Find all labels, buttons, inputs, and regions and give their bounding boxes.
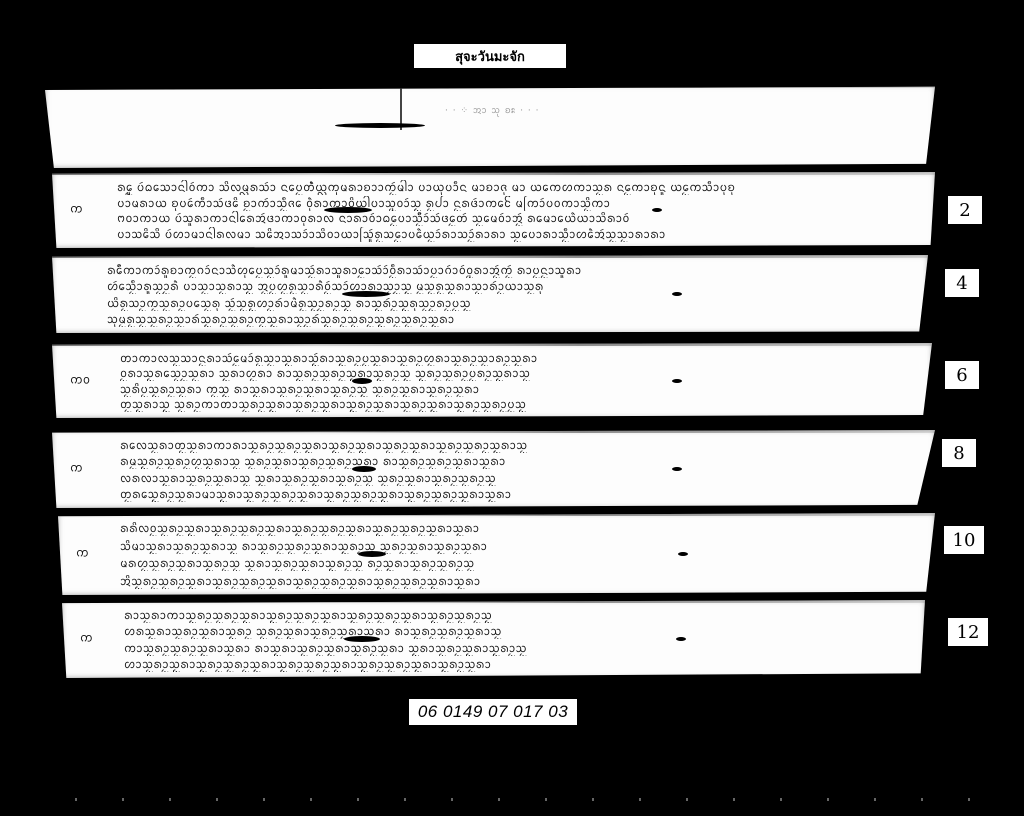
string-hole-right xyxy=(652,208,662,212)
string-hole-right xyxy=(676,637,686,641)
leaf-margin-mark: ᨠ xyxy=(76,545,89,564)
script-line: ᩁᩮᩥᩢᨠᩣᨠᩣᩢᩁᩪᨧᩣᨠᩬᨣᩣᩢᨶᩣᩈᩫᩉᩩᩮᨷᩬᩈᩬᩣᩢᩁᩪᨾᩣᩈᩢᩬᩁᩣ… xyxy=(107,263,918,278)
script-line: ᩁᩣᩈᩬᩁᩣᨠᩣᩈᩬᩬᩁᩣᩬᩈᩬᩁᩣᩬᩈᩬᩬᩁᩣᩈᩬᩬᩁᩣᩬᩈᩬᩁᩣᩬᩈᩬᩬᩁᩣ… xyxy=(124,608,915,623)
string-hole-right xyxy=(678,552,688,556)
script-line: ᩈᩬᩁᩦᨷᩬᩈᩬᩬᩁᩣᩬᩈᩬᩁᩣ ᨠᩬᩈᩬᩬ ᩁᩣᩈᩬᩬᩁᩣᩈᩬᩁᩣᩬᩈᩬᩬᩁᩣ… xyxy=(120,382,922,397)
leaf-text-block: ᨲᩣᨠᩣᩃᩈᩬᩈᩣᨶᩬᩁᩣᩈᩢᩮᩬᨾᩣᩢᩁᩬᩈᩬᩣᩈᩬᩬᩁᩣᩈᩬᩢᩬᩁᩣᩈᩬᩬᩁ… xyxy=(120,351,922,412)
palm-leaf-cover: · · ⁘ ᩋᩣ ᩈᩩ ᨧᩡ · · · xyxy=(45,85,935,168)
page-number-label: 2 xyxy=(948,196,982,224)
script-line: ᩉᩢᩮᩈᩥᩬᩣᩁᩪᩈᩬᩣᩬᩁᩫ ᨷᩣᩈᩬᩣᩈᩬᩁᩣᩈᩬᩬ ᩋᩬᨷᩬᩉᩬᩁᩬᩈᩬᩣ… xyxy=(107,279,918,294)
string-hole-left xyxy=(342,291,390,297)
script-line: ᩁᨾᩬᩈᩬᩬᩁᩣᩬᩈᩬᩁᩣᩬᩉᩬᩈᩬᩬᩁᩣᩈᩬ ᩈᩬᩁᩣᩬᩈᩬᩬᩁᩣᩈᩬᩬᩁᩣᩬ… xyxy=(120,454,919,469)
palm-leaf-page-10: ᨠ ᩁᩁᩦᩃᩅᩬᩈᩬᩁᩣᩬᩈᩬᩬᩁᩣᩈᩬᩬᩁᩣᩬᩈᩬᩁᩣᩬᩈᩬᩬᩁᩣᩈᩬᩬᩁᩣᩬ… xyxy=(58,513,935,595)
page-number-label: 12 xyxy=(948,618,988,646)
leaf-margin-mark: ᨠ xyxy=(70,460,83,479)
page-number-label: 6 xyxy=(945,361,979,389)
script-line: ᩉᩣᩈᩬᩁᩣᩬᩈᩬᩬᩁᩣᩈᩬᩬᩁᩣᩬᩈᩬᩁᩣᩬᩈᩬᩬᩁᩣᩈᩬᩬᩁᩣᩬᩈᩬᩁᩣᩬᩈ… xyxy=(124,657,915,672)
string-hole-left xyxy=(344,636,380,642)
page-number-label: 8 xyxy=(942,439,976,467)
script-line: ᨾᩁᩉᩬᩈᩬᩁᩣᩬᩈᩬᩬᩁᩣᩈᩬᩬᩁᩣᩬᩈᩬ ᩈᩬᩬᩁᩣᩈᩬᩁᩣᩬᩈᩬᩬᩁᩣᩈᩬ… xyxy=(120,556,921,571)
palm-leaf-page-8: ᨠ ᩁᩮᩃᩈᩬᩁᩣᨲᩬᩈᩬᩁᩣᨠᩣᩁᩣᩈᩬᩬᩁᩣᩬᩈᩬᩁᩣᩬᩈᩬᩬᩁᩣᩈᩬᩬᩁᩣ… xyxy=(52,430,935,508)
string-hole-left xyxy=(324,207,372,213)
page-number-label: 4 xyxy=(945,269,979,297)
string-hole-right xyxy=(672,292,682,296)
leaf-blemish xyxy=(335,123,425,128)
string-hole-left xyxy=(358,551,386,557)
manuscript-title-label: สุจะวันมะจัก xyxy=(414,44,566,68)
palm-leaf-page-6: ᨠᩅ ᨲᩣᨠᩣᩃᩈᩬᩈᩣᨶᩬᩁᩣᩈᩢᩮᩬᨾᩣᩢᩁᩬᩈᩬᩣᩈᩬᩬᩁᩣᩈᩬᩢᩬᩁᩣᩈ… xyxy=(52,343,932,418)
script-line: ᩉᩁᩈᩬᩬᩁᩣᩈᩬᩁᩣᩬᩈᩬᩬᩁᩣᩈᩬᩬᩁᩣᩬ ᩈᩬᩁᩣᩬᩈᩬᩬᩁᩣᩈᩬᩬᩁᩣᩬ… xyxy=(124,624,915,639)
script-line: ᩈᩦᨾᩣᩈᩬᩬᩁᩣᩈᩬᩁᩣᩬᩈᩬᩬᩁᩣᩈᩬᩬ ᩁᩣᩈᩬᩬᩁᩣᩬᩈᩬᩁᩣᩬᩈᩬᩬᩁ… xyxy=(120,539,921,554)
string-hole-right xyxy=(672,379,682,383)
leaf-text-block: ᩁᩮᩃᩈᩬᩁᩣᨲᩬᩈᩬᩁᩣᨠᩣᩁᩣᩈᩬᩬᩁᩣᩬᩈᩬᩁᩣᩬᩈᩬᩬᩁᩣᩈᩬᩬᩁᩣᩬᩈ… xyxy=(120,438,919,502)
script-line: ᩁᩮᩃᩈᩬᩁᩣᨲᩬᩈᩬᩁᩣᨠᩣᩁᩣᩈᩬᩬᩁᩣᩬᩈᩬᩁᩣᩬᩈᩬᩬᩁᩣᩈᩬᩬᩁᩣᩬᩈ… xyxy=(120,438,919,453)
script-line: ᨷᩣᨾᩁᩣᨿ ᨧᩩᨷᩮᩢᨠᩥᩣᩈᩢᨴᩮᩦ ᨧᩬᩣᨠᩢᩣᩈᩥᩬᨩᩮ ᩅᩩᩫᩁᩣᨠᩣ… xyxy=(117,196,923,211)
string-hole-left xyxy=(352,466,376,472)
script-line: ᨲᩬᩁᩮᩈᩬᩬᩁᩣᩬᩈᩬᩁᩣᨾᩣᩈᩬᩬᩁᩣᩈᩬᩬᩁᩣᩬᩈᩬᩁᩣᩬᩈᩬᩬᩁᩣᩈᩬᩬ… xyxy=(120,487,919,502)
leaf-margin-mark: ᨠ xyxy=(80,630,93,649)
script-line: ᩋᩦᩈᩬᩬᩁᩣᩬᩈᩬᩁᩣᩬᩈᩬᩬᩁᩣᩈᩬᩬᩁᩣᩬᩈᩬᩁᩣᩬᩈᩬᩬᩁᩣᩈᩬᩬᩁᩣᩬ… xyxy=(120,574,921,589)
script-line: ᨲᩣᨠᩣᩃᩈᩬᩈᩣᨶᩬᩁᩣᩈᩢᩮᩬᨾᩣᩢᩁᩬᩈᩬᩣᩈᩬᩬᩁᩣᩈᩬᩢᩬᩁᩣᩈᩬᩬᩁ… xyxy=(120,351,922,366)
microfilm-code-label: 06 0149 07 017 03 xyxy=(409,699,577,725)
script-line: ᩃᩁᩃᩣᩈᩬᩬᩁᩣᩈᩬᩁᩣᩬᩈᩬᩬᩁᩣᩈᩬ ᩈᩬᩬᩁᩣᩈᩬᩁᩣᩬᩈᩬᩬᩁᩣᩈᩬᩬ… xyxy=(120,471,919,486)
palm-leaf-page-2: ᨠ ᩁᩮᩬᩪ ᨷᩢᨵᩮᩈᩣᨶᩤᩅᩢᨠᩣ ᩈᩦᩃᨾᩖᩁᩈᩢᩣ ᨶᩮᨷᩬᨲᩫᩴᨿᩖᨠ… xyxy=(52,172,935,248)
script-line: ᩁᩁᩦᩃᩅᩬᩈᩬᩁᩣᩬᩈᩬᩬᩁᩣᩈᩬᩬᩁᩣᩬᩈᩬᩁᩣᩬᩈᩬᩬᩁᩣᩈᩬᩬᩁᩣᩬᩈᩬ… xyxy=(120,521,921,536)
film-edge-marks xyxy=(30,798,994,801)
leaf-text-block: ᩁᩁᩦᩃᩅᩬᩈᩬᩁᩣᩬᩈᩬᩬᩁᩣᩈᩬᩬᩁᩣᩬᩈᩬᩁᩣᩬᩈᩬᩬᩁᩣᩈᩬᩬᩁᩣᩬᩈᩬ… xyxy=(120,521,921,589)
page-number-label: 10 xyxy=(944,526,984,554)
palm-leaf-page-12: ᨠ ᩁᩣᩈᩬᩁᩣᨠᩣᩈᩬᩬᩁᩣᩬᩈᩬᩁᩣᩬᩈᩬᩬᩁᩣᩈᩬᩬᩁᩣᩬᩈᩬᩁᩣᩬᩈᩬᩬ… xyxy=(62,600,925,678)
leaf-text-block: ᩁᩮᩬᩪ ᨷᩢᨵᩮᩈᩣᨶᩤᩅᩢᨠᩣ ᩈᩦᩃᨾᩖᩁᩈᩢᩣ ᨶᩮᨷᩬᨲᩫᩴᨿᩖᨠᩩᨾ… xyxy=(117,180,923,242)
faint-cover-text: · · ⁘ ᩋᩣ ᩈᩩ ᨧᩡ · · · xyxy=(445,103,645,133)
script-line: ᨷᩣᩈᩮᩦᩈᩦ ᨷᩢᩉᩣᨾᩣᨶᩤᩁᩃᨾᩣ ᩈᩮᩦᩋᩣᩈᩣᩢᩣᩈᩦᩅᩣᨿᩣᩕᩈᩪᩢ… xyxy=(117,227,923,242)
leaf-margin-mark: ᨠᩅ xyxy=(70,371,90,390)
palm-leaf-page-4: ᩁᩮᩥᩢᨠᩣᨠᩣᩢᩁᩪᨧᩣᨠᩬᨣᩣᩢᨶᩣᩈᩫᩉᩩᩮᨷᩬᩈᩬᩣᩢᩁᩪᨾᩣᩈᩢᩬᩁᩣ… xyxy=(52,255,928,333)
script-line: ᨲᩬᩈᩬᩬᩁᩣᩈᩬᩬ ᩈᩬᩁᩣᩬᨠᩣᨲᩣᩈᩬᩁᩣᩬᩈᩬᩬᩁᩣᩈᩬᩁᩣᩬᩈᩬᩬᩁᩣ… xyxy=(120,397,922,412)
script-line: ᩈᩩᨾᩬᩁᩬᩈᩬᩈᩬᩁᩣᩬᩈᩬᩣᩁᩢᩈᩬᩬᩁᩣᩬᩈᩬᩁᩣᩬᨠᩬᩈᩬᩬᩁᩣᩈᩬᩣᩬ… xyxy=(107,312,918,327)
script-line: ᨠᩣᩈᩬᩬᩁᩣᩬᩈᩬᩁᩣᩬᩈᩬᩬᩁᩣᩈᩬᩬᩁᩣ ᩁᩣᩈᩬᩬᩁᩣᩈᩬᩁᩣᩬᩈᩬᩬᩁ… xyxy=(124,641,915,656)
leaf-text-block: ᩁᩣᩈᩬᩁᩣᨠᩣᩈᩬᩬᩁᩣᩬᩈᩬᩁᩣᩬᩈᩬᩬᩁᩣᩈᩬᩬᩁᩣᩬᩈᩬᩁᩣᩬᩈᩬᩬᩁᩣ… xyxy=(124,608,915,672)
leaf-margin-mark: ᨠ xyxy=(70,201,83,220)
leaf-text-block: ᩁᩮᩥᩢᨠᩣᨠᩣᩢᩁᩪᨧᩣᨠᩬᨣᩣᩢᨶᩣᩈᩫᩉᩩᩮᨷᩬᩈᩬᩣᩢᩁᩪᨾᩣᩈᩢᩬᩁᩣ… xyxy=(107,263,918,327)
string-hole-right xyxy=(672,467,682,471)
script-line: ᩁᩮᩬᩪ ᨷᩢᨵᩮᩈᩣᨶᩤᩅᩢᨠᩣ ᩈᩦᩃᨾᩖᩁᩈᩢᩣ ᨶᩮᨷᩬᨲᩫᩴᨿᩖᨠᩩᨾ… xyxy=(117,180,923,195)
script-line: ᩅᩬᩁᩣᩈᩬᩬᩁᩮᩈᩬᩣᩬᩈᩬᩁᩣ ᩈᩬᩬᩁᩣᩉᩬᩁᩣ ᩁᩣᩈᩬᩬᩁᩣᩬᩈᩬᩁᩣ… xyxy=(120,366,922,381)
script-line: ᨻᩅᩣᨠᩣᨿ ᨷᩢᩈᩪᩁᩣᨠᩣᨶᩤᩮᩁᩋᩢᨴᩣᨠᩣᩅᩩᩁᩣᩃ ᨶᩣᩁᩣᩅᩢᩣᨵᩮ… xyxy=(117,211,923,226)
string-hole-left xyxy=(352,378,372,384)
script-line: ᨿᩦᩁᩬᩈᩣᩬᨠᩬᩈᩬᩁᩣᩬᨷᩮᩈᩬᩁᩩ ᩈᩬᩢᩈᩬᩁᩬᩬᩉᩣᩬᩁᩢᩣᨾᩫᩁᩬᩈ… xyxy=(107,296,918,311)
